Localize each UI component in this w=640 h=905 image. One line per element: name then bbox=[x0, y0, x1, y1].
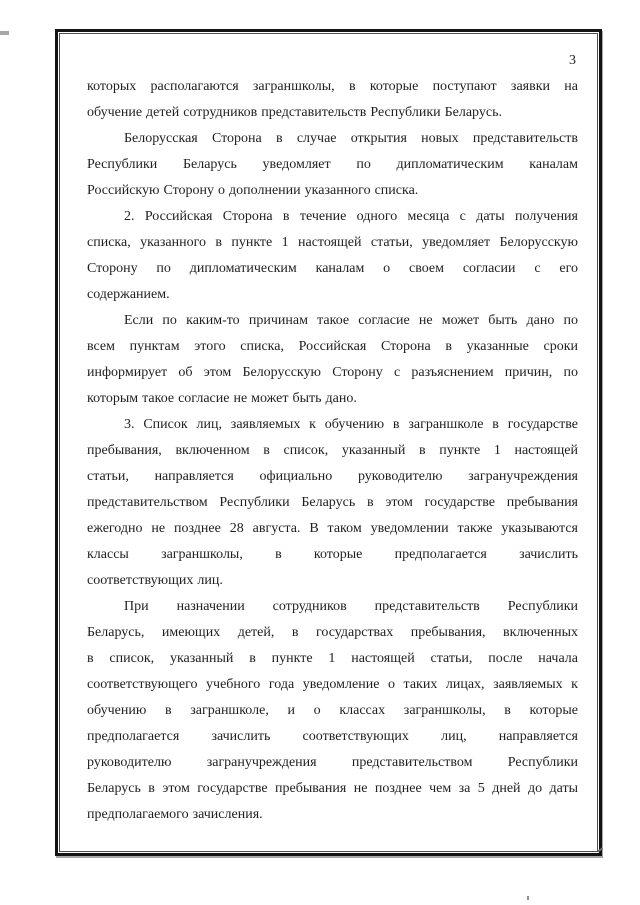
scan-edge-artifact bbox=[0, 31, 9, 35]
page-content: 3 которых располагаются заграншколы, в к… bbox=[60, 34, 597, 851]
text-line: информирует об этом Белорусскую Сторону … bbox=[87, 360, 578, 386]
text-line: статьи, направляется официально руководи… bbox=[87, 464, 578, 490]
text-line: содержанием. bbox=[87, 282, 578, 308]
text-line: обучение детей сотрудников представитель… bbox=[87, 100, 578, 126]
text-line: Белорусская Сторона в случае открытия но… bbox=[87, 126, 578, 152]
text-line: соответствующих лиц. bbox=[87, 568, 578, 594]
page-border-inner-line: 3 которых располагаются заграншколы, в к… bbox=[59, 33, 598, 852]
text-line: Республики Беларусь уведомляет по диплом… bbox=[87, 152, 578, 178]
text-line: Беларусь, имеющих детей, в государствах … bbox=[87, 620, 578, 646]
text-line: представительством Республики Беларусь в… bbox=[87, 490, 578, 516]
text-line: При назначении сотрудников представитель… bbox=[87, 594, 578, 620]
text-line: в список, указанный в пункте 1 настоящей… bbox=[87, 646, 578, 672]
text-line: всем пунктам этого списка, Российская Ст… bbox=[87, 334, 578, 360]
text-line: соответствующего учебного года уведомлен… bbox=[87, 672, 578, 698]
document-text: которых располагаются заграншколы, в кот… bbox=[87, 74, 578, 828]
text-line: классы заграншколы, в которые предполага… bbox=[87, 542, 578, 568]
page-number: 3 bbox=[87, 48, 578, 74]
text-line: пребывания, включенном в список, указанн… bbox=[87, 438, 578, 464]
text-line: обучению в заграншколе, и о классах загр… bbox=[87, 698, 578, 724]
text-line: 2. Российская Сторона в течение одного м… bbox=[87, 204, 578, 230]
text-line: Сторону по дипломатическим каналам о сво… bbox=[87, 256, 578, 282]
text-line: Российскую Сторону о дополнении указанно… bbox=[87, 178, 578, 204]
text-line: Беларусь в этом государстве пребывания н… bbox=[87, 776, 578, 802]
scan-speck-artifact bbox=[527, 896, 529, 900]
text-line: ежегодно не позднее 28 августа. В таком … bbox=[87, 516, 578, 542]
text-line: которым такое согласие не может быть дан… bbox=[87, 386, 578, 412]
page-border: 3 которых располагаются заграншколы, в к… bbox=[55, 29, 602, 856]
text-line: Если по каким-то причинам такое согласие… bbox=[87, 308, 578, 334]
text-line: 3. Список лиц, заявляемых к обучению в з… bbox=[87, 412, 578, 438]
text-line: предполагаемого зачисления. bbox=[87, 802, 578, 828]
text-line: которых располагаются заграншколы, в кот… bbox=[87, 74, 578, 100]
text-line: списка, указанного в пункте 1 настоящей … bbox=[87, 230, 578, 256]
text-line: предполагается зачислить соответствующих… bbox=[87, 724, 578, 750]
text-line: руководителю загранучреждения представит… bbox=[87, 750, 578, 776]
